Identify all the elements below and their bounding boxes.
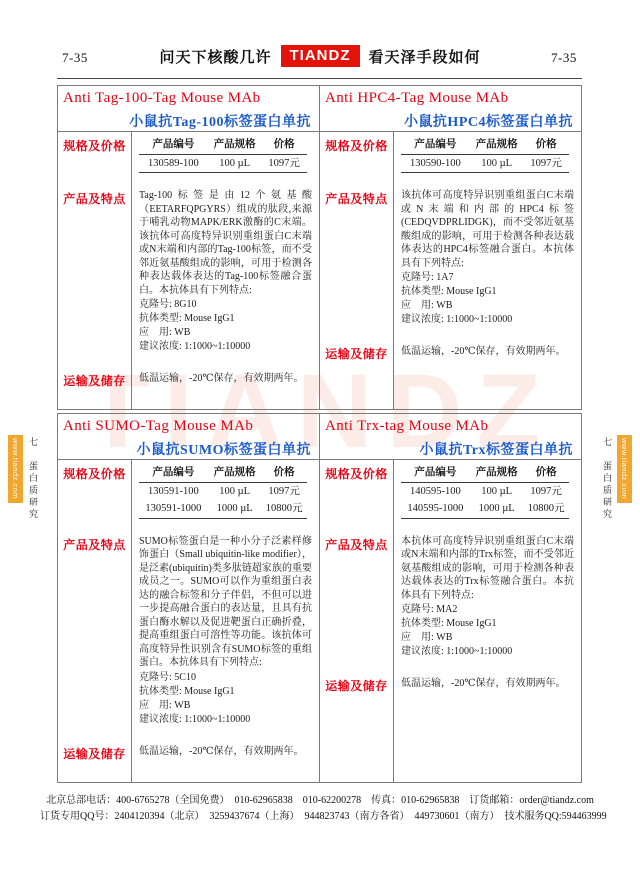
application: 应 用: WB <box>139 699 312 712</box>
col-product-id: 产品编号 <box>401 464 470 482</box>
price-header-row: 产品编号 产品规格 价格 <box>401 464 569 482</box>
storage-text: 低温运输，-20℃保存，有效期两年。 <box>393 340 581 362</box>
application: 应 用: WB <box>401 299 574 312</box>
specs-label: 规格及价格 <box>58 132 131 173</box>
antibody-type: 抗体类型: Mouse IgG1 <box>401 285 574 298</box>
storage-label: 运输及储存 <box>320 672 393 694</box>
side-url-text-right: www.tiandz.com <box>620 438 629 499</box>
panel-subtitle: 小鼠抗HPC4标签蛋白单抗 <box>320 109 581 132</box>
price-table: 产品编号 产品规格 价格 130589-100 100 µL 1097元 <box>139 136 307 173</box>
side-section-label-left: 七 蛋白质研究 <box>27 437 40 521</box>
application: 应 用: WB <box>139 326 312 339</box>
cell-product-size: 100 µL <box>208 482 262 500</box>
specs-label: 规格及价格 <box>58 460 131 519</box>
col-product-size: 产品规格 <box>208 136 262 154</box>
col-product-size: 产品规格 <box>208 464 262 482</box>
cell-price: 1097元 <box>523 154 568 173</box>
catalog-page: 7-35 问天下核酸几许 TIANDZ 看天泽手段如何 7-35 TIANDZ … <box>0 0 640 869</box>
features-text: 该抗体可高度特异识别重组蛋白C末端或N末端和内部的HPC4标签(CEDQVDPR… <box>401 189 574 270</box>
dilution: 建议浓度: 1:1000~1:10000 <box>401 645 574 658</box>
cell-product-id: 140595-100 <box>401 482 470 500</box>
price-header-row: 产品编号 产品规格 价格 <box>139 464 307 482</box>
clone-number: 克隆号: MA2 <box>401 603 574 616</box>
page-number-right: 7-35 <box>551 50 577 66</box>
antibody-type: 抗体类型: Mouse IgG1 <box>139 685 312 698</box>
storage-text: 低温运输，-20℃保存，有效期两年。 <box>393 672 581 694</box>
features-text: 本抗体可高度特异识别重组蛋白C末端或N末端和内部的Trx标签，而不受邻近氨基酸组… <box>401 535 574 603</box>
price-table: 产品编号 产品规格 价格 130591-100 100 µL 1097元 <box>139 464 307 519</box>
dilution: 建议浓度: 1:1000~1:10000 <box>139 713 312 726</box>
cell-product-id: 130589-100 <box>139 154 208 173</box>
price-table: 产品编号 产品规格 价格 130590-100 100 µL 1097元 <box>401 136 569 173</box>
cell-price: 1097元 <box>261 482 306 500</box>
cell-product-size: 100 µL <box>470 154 524 173</box>
cell-product-id: 130591-1000 <box>139 500 208 518</box>
panel-tag100: Anti Tag-100-Tag Mouse MAb 小鼠抗Tag-100标签蛋… <box>58 86 319 409</box>
side-url-badge-right: www.tiandz.com <box>617 435 632 503</box>
clone-number: 克隆号: 5C10 <box>139 671 312 684</box>
tiandz-logo: TIANDZ <box>281 45 360 67</box>
cell-price: 1097元 <box>261 154 306 173</box>
clone-number: 克隆号: 1A7 <box>401 271 574 284</box>
cell-price: 10800元 <box>523 500 568 518</box>
price-header-row: 产品编号 产品规格 价格 <box>401 136 569 154</box>
product-block-top: Anti Tag-100-Tag Mouse MAb 小鼠抗Tag-100标签蛋… <box>57 85 582 410</box>
specs-section: 规格及价格 产品编号 产品规格 价格 140595-100 <box>320 460 581 519</box>
storage-section: 运输及储存 低温运输，-20℃保存，有效期两年。 <box>58 367 319 389</box>
panel-title: Anti SUMO-Tag Mouse MAb <box>58 414 319 437</box>
cell-product-size: 1000 µL <box>470 500 524 518</box>
features-label: 产品及特点 <box>320 531 393 659</box>
col-price: 价格 <box>523 136 568 154</box>
features-section: 产品及特点 Tag-100标签是由12个氨基酸（EETARFQPGYRS）组成的… <box>58 185 319 353</box>
features-section: 产品及特点 本抗体可高度特异识别重组蛋白C末端或N末端和内部的Trx标签，而不受… <box>320 531 581 659</box>
cell-product-size: 100 µL <box>470 482 524 500</box>
price-row: 140595-1000 1000 µL 10800元 <box>401 500 569 518</box>
header-rule <box>57 78 582 79</box>
price-row: 130589-100 100 µL 1097元 <box>139 154 307 173</box>
storage-section: 运输及储存 低温运输，-20℃保存，有效期两年。 <box>320 672 581 694</box>
header-slogan-left: 问天下核酸几许 <box>159 46 271 67</box>
col-product-size: 产品规格 <box>470 136 524 154</box>
col-product-id: 产品编号 <box>139 136 208 154</box>
storage-text: 低温运输，-20℃保存，有效期两年。 <box>131 740 319 762</box>
storage-section: 运输及储存 低温运输，-20℃保存，有效期两年。 <box>320 340 581 362</box>
specs-label: 规格及价格 <box>320 132 393 173</box>
antibody-type: 抗体类型: Mouse IgG1 <box>401 617 574 630</box>
price-row: 130591-100 100 µL 1097元 <box>139 482 307 500</box>
footer-qq-line: 订货专用QQ号：2404120394（北京） 3259437674（上海） 94… <box>40 807 600 822</box>
antibody-type: 抗体类型: Mouse IgG1 <box>139 312 312 325</box>
panel-title: Anti Trx-tag Mouse MAb <box>320 414 581 437</box>
cell-product-id: 130590-100 <box>401 154 470 173</box>
cell-product-size: 100 µL <box>208 154 262 173</box>
header-slogan-right: 看天泽手段如何 <box>369 46 481 67</box>
features-label: 产品及特点 <box>320 185 393 326</box>
price-row: 130590-100 100 µL 1097元 <box>401 154 569 173</box>
product-block-bottom: Anti SUMO-Tag Mouse MAb 小鼠抗SUMO标签蛋白单抗 规格… <box>57 413 582 783</box>
footer-contact-line: 北京总部电话：400-6765278（全国免费） 010-62965838 01… <box>40 791 600 806</box>
col-product-id: 产品编号 <box>139 464 208 482</box>
price-row: 130591-1000 1000 µL 10800元 <box>139 500 307 518</box>
features-label: 产品及特点 <box>58 185 131 353</box>
side-url-text-left: www.tiandz.com <box>11 438 20 499</box>
side-section-label-right: 七 蛋白质研究 <box>601 437 614 521</box>
features-text: Tag-100标签是由12个氨基酸（EETARFQPGYRS）组成的肽段,来源于… <box>139 189 312 297</box>
price-table: 产品编号 产品规格 价格 140595-100 100 µL 1097元 <box>401 464 569 519</box>
cell-price: 1097元 <box>523 482 568 500</box>
panel-title: Anti HPC4-Tag Mouse MAb <box>320 86 581 109</box>
col-product-size: 产品规格 <box>470 464 524 482</box>
side-url-badge-left: www.tiandz.com <box>8 435 23 503</box>
panel-trx: Anti Trx-tag Mouse MAb 小鼠抗Trx标签蛋白单抗 规格及价… <box>319 414 581 782</box>
col-price: 价格 <box>261 464 306 482</box>
cell-product-id: 140595-1000 <box>401 500 470 518</box>
price-row: 140595-100 100 µL 1097元 <box>401 482 569 500</box>
specs-section: 规格及价格 产品编号 产品规格 价格 130590-100 <box>320 132 581 173</box>
cell-product-id: 130591-100 <box>139 482 208 500</box>
panel-subtitle: 小鼠抗Trx标签蛋白单抗 <box>320 437 581 460</box>
features-section: 产品及特点 该抗体可高度特异识别重组蛋白C末端或N末端和内部的HPC4标签(CE… <box>320 185 581 326</box>
storage-text: 低温运输，-20℃保存，有效期两年。 <box>131 367 319 389</box>
clone-number: 克隆号: 8G10 <box>139 298 312 311</box>
storage-label: 运输及储存 <box>58 367 131 389</box>
price-header-row: 产品编号 产品规格 价格 <box>139 136 307 154</box>
panel-hpc4: Anti HPC4-Tag Mouse MAb 小鼠抗HPC4标签蛋白单抗 规格… <box>319 86 581 409</box>
features-section: 产品及特点 SUMO标签蛋白是一种小分子泛素样修饰蛋白（Small ubiqui… <box>58 531 319 726</box>
specs-section: 规格及价格 产品编号 产品规格 价格 130589-100 <box>58 132 319 173</box>
cell-product-size: 1000 µL <box>208 500 262 518</box>
features-label: 产品及特点 <box>58 531 131 726</box>
dilution: 建议浓度: 1:1000~1:10000 <box>401 313 574 326</box>
panel-subtitle: 小鼠抗SUMO标签蛋白单抗 <box>58 437 319 460</box>
panel-sumo: Anti SUMO-Tag Mouse MAb 小鼠抗SUMO标签蛋白单抗 规格… <box>58 414 319 782</box>
panel-title: Anti Tag-100-Tag Mouse MAb <box>58 86 319 109</box>
cell-price: 10800元 <box>261 500 306 518</box>
col-price: 价格 <box>261 136 306 154</box>
col-product-id: 产品编号 <box>401 136 470 154</box>
specs-section: 规格及价格 产品编号 产品规格 价格 130591-100 <box>58 460 319 519</box>
storage-label: 运输及储存 <box>320 340 393 362</box>
specs-label: 规格及价格 <box>320 460 393 519</box>
col-price: 价格 <box>523 464 568 482</box>
dilution: 建议浓度: 1:1000~1:10000 <box>139 340 312 353</box>
panel-subtitle: 小鼠抗Tag-100标签蛋白单抗 <box>58 109 319 132</box>
features-text: SUMO标签蛋白是一种小分子泛素样修饰蛋白（Small ubiquitin-li… <box>139 535 312 670</box>
storage-label: 运输及储存 <box>58 740 131 762</box>
application: 应 用: WB <box>401 631 574 644</box>
storage-section: 运输及储存 低温运输，-20℃保存，有效期两年。 <box>58 740 319 762</box>
page-header: 问天下核酸几许 TIANDZ 看天泽手段如何 <box>0 45 640 67</box>
